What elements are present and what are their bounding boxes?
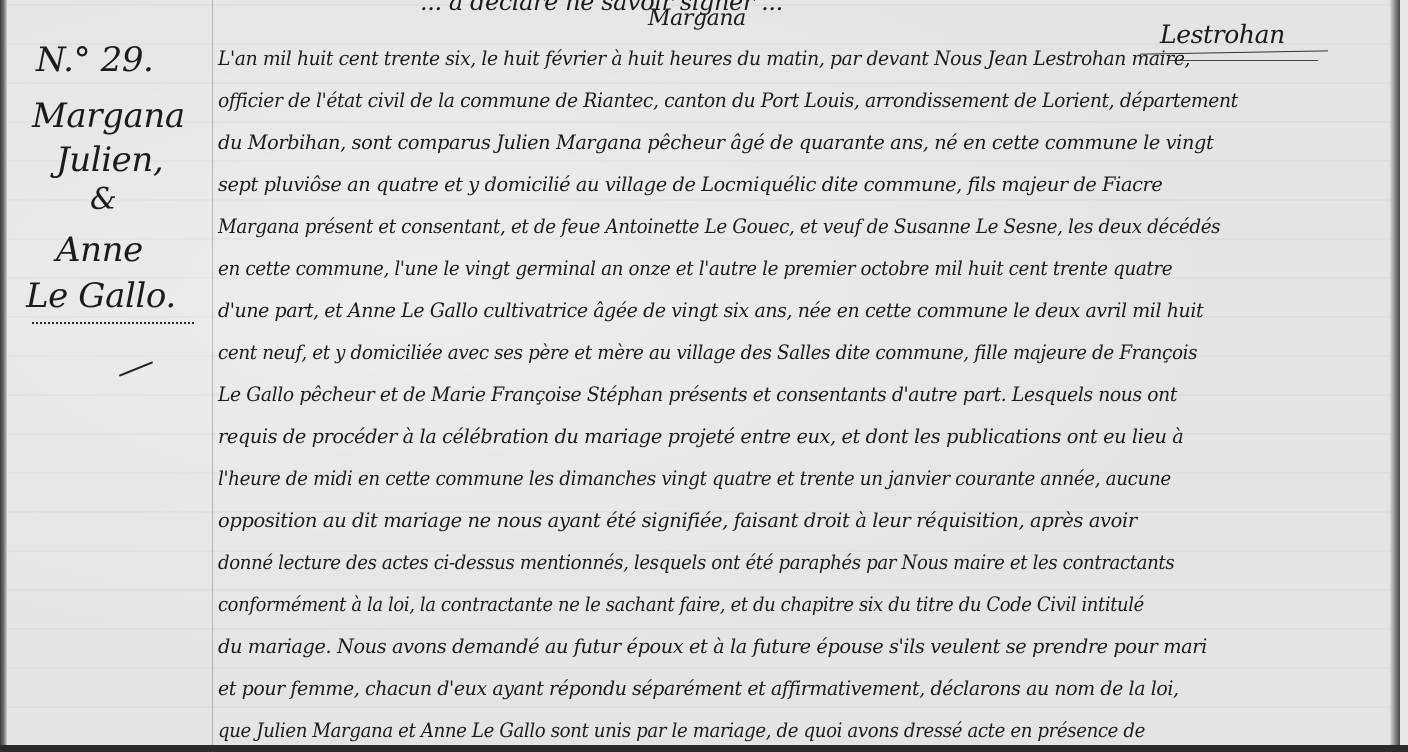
record-line: conformément à la loi, la contractante n… [218, 592, 1144, 618]
record-line: en cette commune, l'une le vingt germina… [218, 256, 1172, 282]
margin-rule-line [212, 0, 213, 745]
record-line: cent neuf, et y domiciliée avec ses père… [218, 340, 1197, 366]
viewer-bottom-bar [0, 745, 1408, 752]
record-line: Margana présent et consentant, et de feu… [218, 214, 1220, 240]
record-line: requis de procéder à la célébration du m… [218, 424, 1183, 450]
page-binding-edge [0, 0, 7, 745]
margin-tick-mark [119, 361, 153, 376]
page-right-edge [1390, 0, 1400, 745]
bride-surname: Le Gallo. [26, 276, 176, 316]
previous-entry-signature-name: Margana [648, 6, 746, 31]
groom-surname: Margana [32, 96, 185, 136]
record-line: officier de l'état civil de la commune d… [218, 88, 1238, 114]
bride-given-name: Anne [56, 230, 143, 270]
entry-number: N.° 29. [36, 40, 153, 80]
record-line: d'une part, et Anne Le Gallo cultivatric… [218, 298, 1203, 324]
record-line: et pour femme, chacun d'eux ayant répond… [218, 676, 1179, 702]
record-line: donné lecture des actes ci-dessus mentio… [218, 550, 1174, 576]
document-viewer: ... a déclaré ne savoir signer ... Marga… [0, 0, 1408, 745]
record-line: du mariage. Nous avons demandé au futur … [218, 634, 1207, 660]
record-line: opposition au dit mariage ne nous ayant … [218, 508, 1137, 534]
margin-dotted-rule [32, 322, 194, 324]
record-line: Le Gallo pêcheur et de Marie Françoise S… [218, 382, 1177, 408]
record-line: l'heure de midi en cette commune les dim… [218, 466, 1171, 492]
signature-flourish-underline [1168, 60, 1318, 61]
register-page-scan: ... a déclaré ne savoir signer ... Marga… [0, 0, 1400, 745]
mayor-signature: Lestrohan [1160, 20, 1285, 49]
record-line: sept pluviôse an quatre et y domicilié a… [218, 172, 1162, 198]
record-line: que Julien Margana et Anne Le Gallo sont… [218, 718, 1145, 744]
groom-given-name: Julien, [56, 140, 163, 180]
record-line: du Morbihan, sont comparus Julien Margan… [218, 130, 1213, 156]
record-line: L'an mil huit cent trente six, le huit f… [218, 46, 1190, 72]
ampersand: & [90, 180, 116, 220]
